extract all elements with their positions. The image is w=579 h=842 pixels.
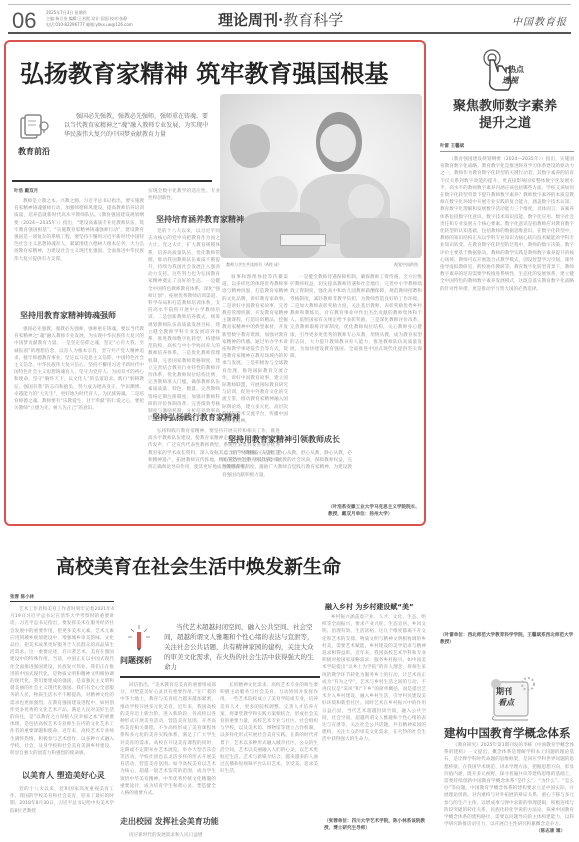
divider [12,180,212,182]
intro-text: 强国必先强教，强教必先强师，强师重在铸魂。要以当代教育家精神之“魂”融入教师专业… [64,112,212,139]
feature-author-note: （叶浩系安徽工业大学马克思主义学院院长、教授，戴双月单位：扬州大学） [328,504,422,518]
subhead-2: 坚持培育涵养教育家精神 [156,214,244,225]
feature-article: 弘扬教育家精神 筑牢教育强国根基 教育前沿 强国必先强教，强教必先强师，强师重在… [4,40,426,526]
qa-text: 当代艺术超越封闭空间，融入公共空间、社会空间，超越所谓文人雅趣和个性心绪的表达与… [164,622,316,672]
arts-headline: 高校美育在社会生活中焕发新生命 [56,552,341,579]
pen-rays-icon [128,625,150,651]
illustration-credit: 视觉中国供图 [394,262,418,268]
journal-body: 《教育研究》2025年第1期刊发的李栋《中国教育学概念体系的建构》一文提出，概念… [444,742,574,828]
journal-label: 期刊 [496,686,512,697]
teacher-face [320,124,356,162]
hot-topic-byline: 叶雷 王馨斌 [440,143,464,149]
illustration-caption: 教师与学生共读图书（AI生成） [226,262,282,268]
subhead-1: 坚持用教育家精神铸魂强师 [20,310,116,321]
child-face-right [348,184,384,220]
arts-column-2b: 因应新时代的发展需求和人民日益增 [120,832,216,842]
feature-headline: 弘扬教育家精神 筑牢教育强国根基 [20,54,388,89]
section-title: 理论周刊·教育科学 [218,9,343,30]
hot-topic-body: 《教育强国建设规划纲要（2024—2035年）》指出，实施国家教育数字化战略。教… [440,156,574,552]
feature-column-1: 教师是立教之本、兴教之源。习近平总书记指出，要实施教育家精神铸魂强师行动，加强师… [14,198,144,302]
arts-subhead-3: 融入乡村 为乡村建设赋“美” [325,602,414,612]
child-body-right [340,218,410,258]
divider [440,151,574,152]
arts-byline: 张蓉 陈小林 [10,594,34,600]
arts-subhead-1: 以美育人 塑造美好心灵 [22,770,105,781]
hot-topic-author-note: （叶雷单位：西北师范大学教育科学学院，王馨斌系西北师范大学教授） [440,632,574,646]
contact-line: 电话:010-82296777 邮箱:yhkx.ue@126.com [46,22,156,28]
hot-topic-sublabel: 透视 [502,75,518,86]
section-title-main: 理论周刊· [218,11,283,29]
journal-signature: （陈志康 辑） [536,828,565,835]
feature-intro: 教育前沿 强国必先强教，强教必先强师，强师重在铸魂。要以当代教育家精神之“魂”融… [14,106,214,178]
illustration-teacher-students [220,94,422,258]
child-figure-left [230,124,270,168]
feature-column-1b: 强国必先强教，强教必先强师，强师重在铸魂。要以当代教育家精神之“魂”融入教师专业… [14,326,144,526]
arts-column-3: 长的精神文化需求，高校艺术专业的师生要积极主动服务与社会美育，互动协同并发挥作用… [220,682,318,840]
column-label: 教育前沿 [18,146,50,157]
page-number: 06 [12,8,36,34]
journal-headline: 建构中国教育学概念体系 [444,725,571,741]
book-lightbulb-icon [18,112,50,144]
feature-column-4: 一是健全教师待遇保障机制，确保教师工资待遇，全方位维护教师权益，切实提高教师待遇… [290,274,422,484]
feature-column-3: 叙事和图像体验等传播渠道。以多样化的体现优秀教师事迹与精神风貌，打造教育家精神的… [222,274,288,424]
arts-subhead-2: 走出校园 发挥社会美育功能 [120,816,219,827]
arts-column-1: 艺术工作者和美育工作者时刻牢记着2021年4月19日习近平总书记在清华大学考察时… [10,606,114,762]
section-title-sub: 教育科学 [283,11,343,29]
arts-column-4: 乡村振兴涵盖着产业、人才、文化、生态、组织等全面振兴，要求产业兴旺、生态宜居、乡… [322,614,426,814]
newspaper-logo: 中国教育报 [512,13,567,28]
arts-author-note: （张蓉单位：四川大学艺术学院，陈小林系该院教授、博士研究生导师） [324,818,428,832]
qa-column-label: 问题探析 [120,655,152,666]
hot-topic-headline: 聚焦教师数字素养 提升之道 [440,98,570,132]
divider [10,601,114,602]
feature-byline: 叶浩 戴双月 [14,188,38,194]
hot-topic-label: 热点 [508,64,524,75]
child-face-middle [260,176,298,214]
masthead-meta: 2025年7月3日 星期四 主编:杨召奎 编辑:王若熙 设计:国国 校对:张静 … [46,10,156,28]
journal-sublabel: 看点 [498,697,514,708]
open-book [280,234,326,246]
arts-column-1b: 党的十八大以来，党和国家高度重视美育工作，我国的学校美育和社会美育，迎来了最好的… [10,786,114,836]
arts-column-2: 回信指出，“美术教育是美育的重要组成部分，对塑造美好心灵具有重要作用。”在广袤的… [120,682,216,814]
masthead: 06 2025年7月3日 星期四 主编:杨召奎 编辑:王若熙 设计:国国 校对:… [8,4,571,34]
divider [120,676,320,678]
feature-column-2-top: 实现全数字化教学的适应性、专业性和创新性。 [148,188,220,204]
